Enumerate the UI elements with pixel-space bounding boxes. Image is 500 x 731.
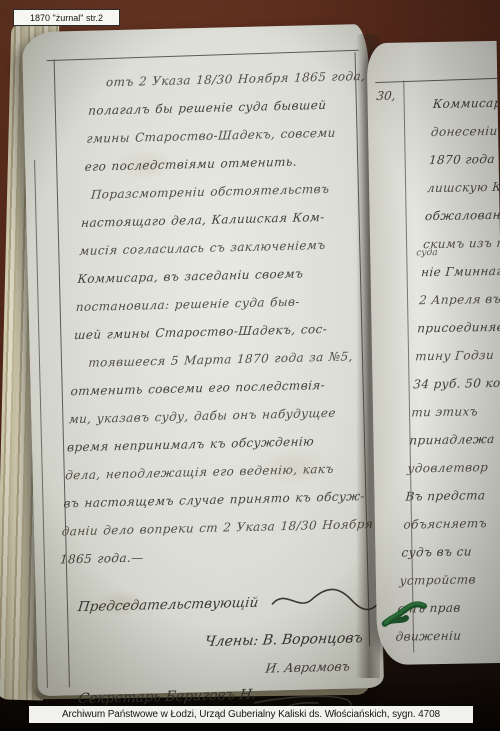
- archive-caption-bar: Archiwum Państwowe w Łodzi, Urząd Guberi…: [29, 706, 473, 723]
- manuscript-line: 34 руб. 50 ко: [412, 368, 500, 398]
- manuscript-line: 1870 года за №: [428, 144, 500, 174]
- archival-photo: отъ 2 Указа 18/30 Ноября 1865 года, симъ…: [0, 0, 500, 731]
- manuscript-line: объясняетъ: [403, 508, 500, 538]
- manuscript-line: обжалованіе: [424, 200, 500, 230]
- archive-label: 1870 "żurnal" str.2: [13, 9, 120, 26]
- manuscript-line: устройств: [399, 565, 500, 595]
- manuscript-line: принадлежа: [408, 424, 500, 454]
- manuscript-text-block: отъ 2 Указа 18/30 Ноября 1865 года, симъ…: [59, 61, 385, 573]
- ruled-line-left-outer: [34, 160, 48, 688]
- manuscript-text-block: Коммисаръ С донесеніи сво 1870 года за №…: [395, 88, 500, 651]
- member-signature: И. Аврамовъ: [265, 658, 352, 675]
- ruled-line-left-inner: [54, 60, 70, 688]
- manuscript-right-page: 30, суда Коммисаръ С донесеніи сво 1870 …: [367, 41, 500, 665]
- manuscript-line: удовлетвор: [406, 452, 500, 482]
- manuscript-line: лишскую Ком: [426, 172, 500, 202]
- case-margin-number: 30,: [376, 89, 396, 103]
- member-signature: В. Воронцовъ: [262, 630, 364, 649]
- members-signature-line: Члены: В. Воронцовъ: [204, 630, 364, 650]
- members-label: Члены:: [204, 633, 260, 650]
- manuscript-line: Въ предста: [404, 480, 500, 510]
- manuscript-line: скимъ изъ по: [422, 228, 500, 258]
- manuscript-line: Коммисаръ С: [432, 88, 500, 118]
- manuscript-line: присоединяе: [416, 312, 500, 342]
- ruled-line-top: [375, 78, 497, 83]
- manuscript-line: ти этихъ: [410, 396, 500, 426]
- manuscript-line: тину Годзи: [414, 340, 500, 370]
- ruled-line-top: [47, 50, 359, 61]
- bookmark-thread-icon: [376, 596, 428, 634]
- manuscript-line: ніе Гминнаго: [420, 256, 500, 286]
- manuscript-left-page: отъ 2 Указа 18/30 Ноября 1865 года, симъ…: [22, 24, 384, 696]
- manuscript-line: 2 Апреля въ: [418, 284, 500, 314]
- presiding-officer-line: Председательствующій: [77, 595, 259, 615]
- manuscript-line: судъ въ си: [401, 537, 500, 567]
- manuscript-line: 1865 года.—: [59, 538, 355, 573]
- manuscript-line: донесеніи сво: [430, 116, 500, 146]
